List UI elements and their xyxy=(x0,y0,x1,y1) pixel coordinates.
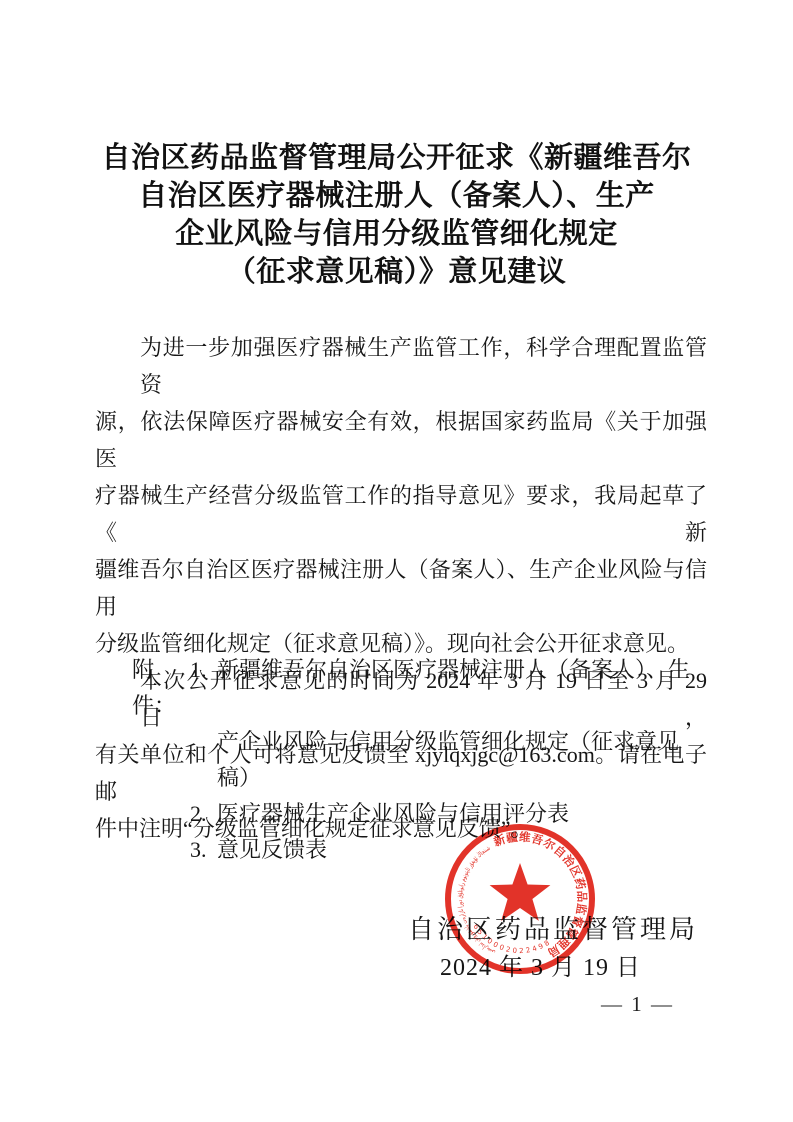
attachment-number: 3. xyxy=(190,832,217,868)
signature-date: 2024 年 3 月 19 日 xyxy=(440,947,641,982)
attachment-text: 医疗器械生产企业风险与信用评分表 xyxy=(217,796,707,832)
document-page: 自治区药品监督管理局公开征求《新疆维吾尔 自治区医疗器械注册人（备案人）、生产 … xyxy=(0,0,793,1122)
attachments-list: 附件： 1. 新疆维吾尔自治区医疗器械注册人（备案人）、生 产企业风险与信用分级… xyxy=(132,652,707,868)
attachments-label: 附件： xyxy=(132,652,190,724)
attachment-item-1: 附件： 1. 新疆维吾尔自治区医疗器械注册人（备案人）、生 xyxy=(132,652,707,724)
attachment-item-2: 2. 医疗器械生产企业风险与信用评分表 xyxy=(132,796,707,832)
attachment-text: 稿） xyxy=(217,760,707,796)
body-paragraph-1-line: 疆维吾尔自治区医疗器械注册人（备案人）、生产企业风险与信用 xyxy=(95,551,707,625)
document-title-line: （征求意见稿）》意见建议 xyxy=(0,253,793,291)
attachment-number: 2. xyxy=(190,796,217,832)
attachment-text: 新疆维吾尔自治区医疗器械注册人（备案人）、生 xyxy=(217,652,707,724)
page-number: — 1 — xyxy=(601,992,674,1017)
body-paragraph-1-line: 源，依法保障医疗器械安全有效，根据国家药监局《关于加强医 xyxy=(95,403,707,477)
attachment-text: 产企业风险与信用分级监管细化规定（征求意见 xyxy=(217,724,707,760)
document-title-line: 企业风险与信用分级监管细化规定 xyxy=(0,215,793,253)
attachment-indent-spacer xyxy=(132,796,190,832)
document-title-line: 自治区医疗器械注册人（备案人）、生产 xyxy=(0,177,793,215)
document-title: 自治区药品监督管理局公开征求《新疆维吾尔 自治区医疗器械注册人（备案人）、生产 … xyxy=(0,139,793,291)
attachment-item-3: 3. 意见反馈表 xyxy=(132,832,707,868)
signature-agency: 自治区药品监督管理局 xyxy=(408,909,698,946)
attachment-number: 1. xyxy=(190,652,217,724)
document-title-line: 自治区药品监督管理局公开征求《新疆维吾尔 xyxy=(0,139,793,177)
body-paragraph-1-line: 为进一步加强医疗器械生产监管工作，科学合理配置监管资 xyxy=(95,329,707,403)
body-paragraph-1-line: 疗器械生产经营分级监管工作的指导意见》要求，我局起草了《新 xyxy=(95,477,707,551)
attachment-text: 意见反馈表 xyxy=(217,832,707,868)
attachment-indent-spacer xyxy=(132,832,190,868)
